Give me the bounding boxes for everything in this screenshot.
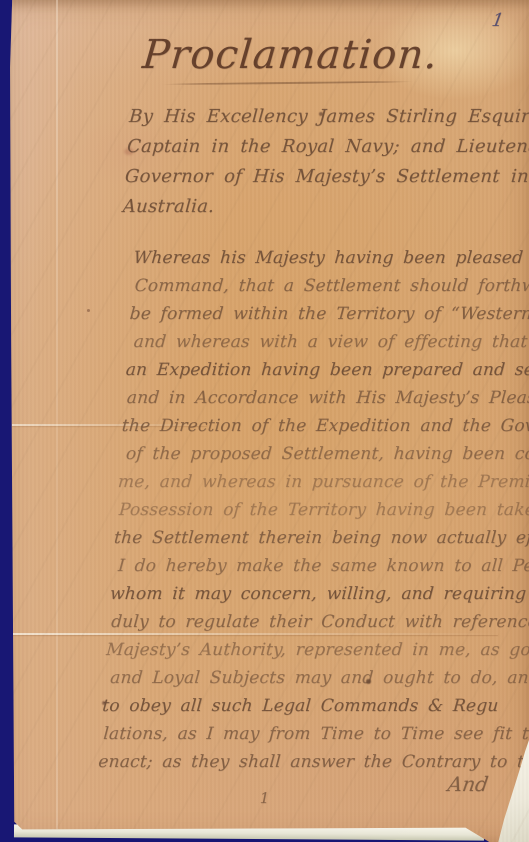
catchword: And (446, 772, 490, 796)
ink-spot (87, 309, 90, 312)
preamble-block: By His Excellency James Stirling Esquire… (122, 102, 529, 222)
manuscript-line: whom it may concern, willing, and requir… (109, 580, 529, 608)
horizontal-crease-lower (12, 633, 498, 635)
horizontal-crease-upper (12, 424, 207, 426)
ink-spot (366, 679, 371, 684)
manuscript-line: the Settlement therein being now actuall… (113, 524, 529, 552)
manuscript-page: 1 Proclamation. By His Excellency James … (0, 0, 529, 842)
ink-spot (102, 701, 106, 705)
manuscript-line: By His Excellency James Stirling Esquire (128, 102, 529, 132)
manuscript-line: and Loyal Subjects may and ought to do, … (109, 664, 529, 692)
scan-background: 1 Proclamation. By His Excellency James … (0, 0, 529, 842)
manuscript-line: duly to regulate their Conduct with refe… (110, 608, 529, 636)
title-block: Proclamation. (108, 32, 473, 84)
paper-stain (124, 148, 134, 155)
manuscript-line: and in Accordance with His Majesty’s Ple… (126, 384, 529, 412)
folio-number: 1 (490, 10, 505, 31)
manuscript-line: Australia. (122, 192, 529, 222)
manuscript-line: enact; as they shall answer the Contrary… (97, 748, 529, 776)
torn-corner-reveal (497, 740, 529, 842)
manuscript-line: I do hereby make the same known to all P… (117, 552, 529, 580)
vertical-fold-crease (56, 0, 58, 842)
manuscript-line: of the proposed Settlement, having been … (125, 440, 529, 468)
manuscript-line: Command, that a Settlement should forthw… (134, 272, 529, 300)
manuscript-line: lations, as I may from Time to Time see … (102, 720, 529, 748)
manuscript-line: the Direction of the Expedition and the … (121, 412, 529, 440)
manuscript-line: Majesty’s Authority, represented in me, … (105, 636, 529, 664)
manuscript-line: me, and whereas in pursuance of the Prem… (117, 468, 529, 496)
manuscript-line: to obey all such Legal Commands & Regu (101, 692, 529, 720)
manuscript-line: an Expedition having been prepared and s… (125, 356, 529, 384)
manuscript-line: be formed within the Territory of “Weste… (129, 300, 529, 328)
document-title: Proclamation. (108, 32, 472, 78)
manuscript-line: and whereas with a view of effecting tha… (133, 328, 529, 356)
manuscript-line: Captain in the Royal Navy; and Lieutenan… (126, 132, 529, 162)
manuscript-line: Governor of His Majesty’s Settlement in … (124, 162, 529, 192)
title-underline-flourish (162, 81, 414, 86)
page-number: 1 (0, 789, 529, 807)
manuscript-line: Whereas his Majesty having been pleased … (133, 244, 529, 272)
ink-spot (319, 112, 323, 116)
manuscript-line: Possession of the Territory having been … (118, 496, 529, 524)
proclamation-body: Whereas his Majesty having been pleased … (97, 244, 529, 776)
